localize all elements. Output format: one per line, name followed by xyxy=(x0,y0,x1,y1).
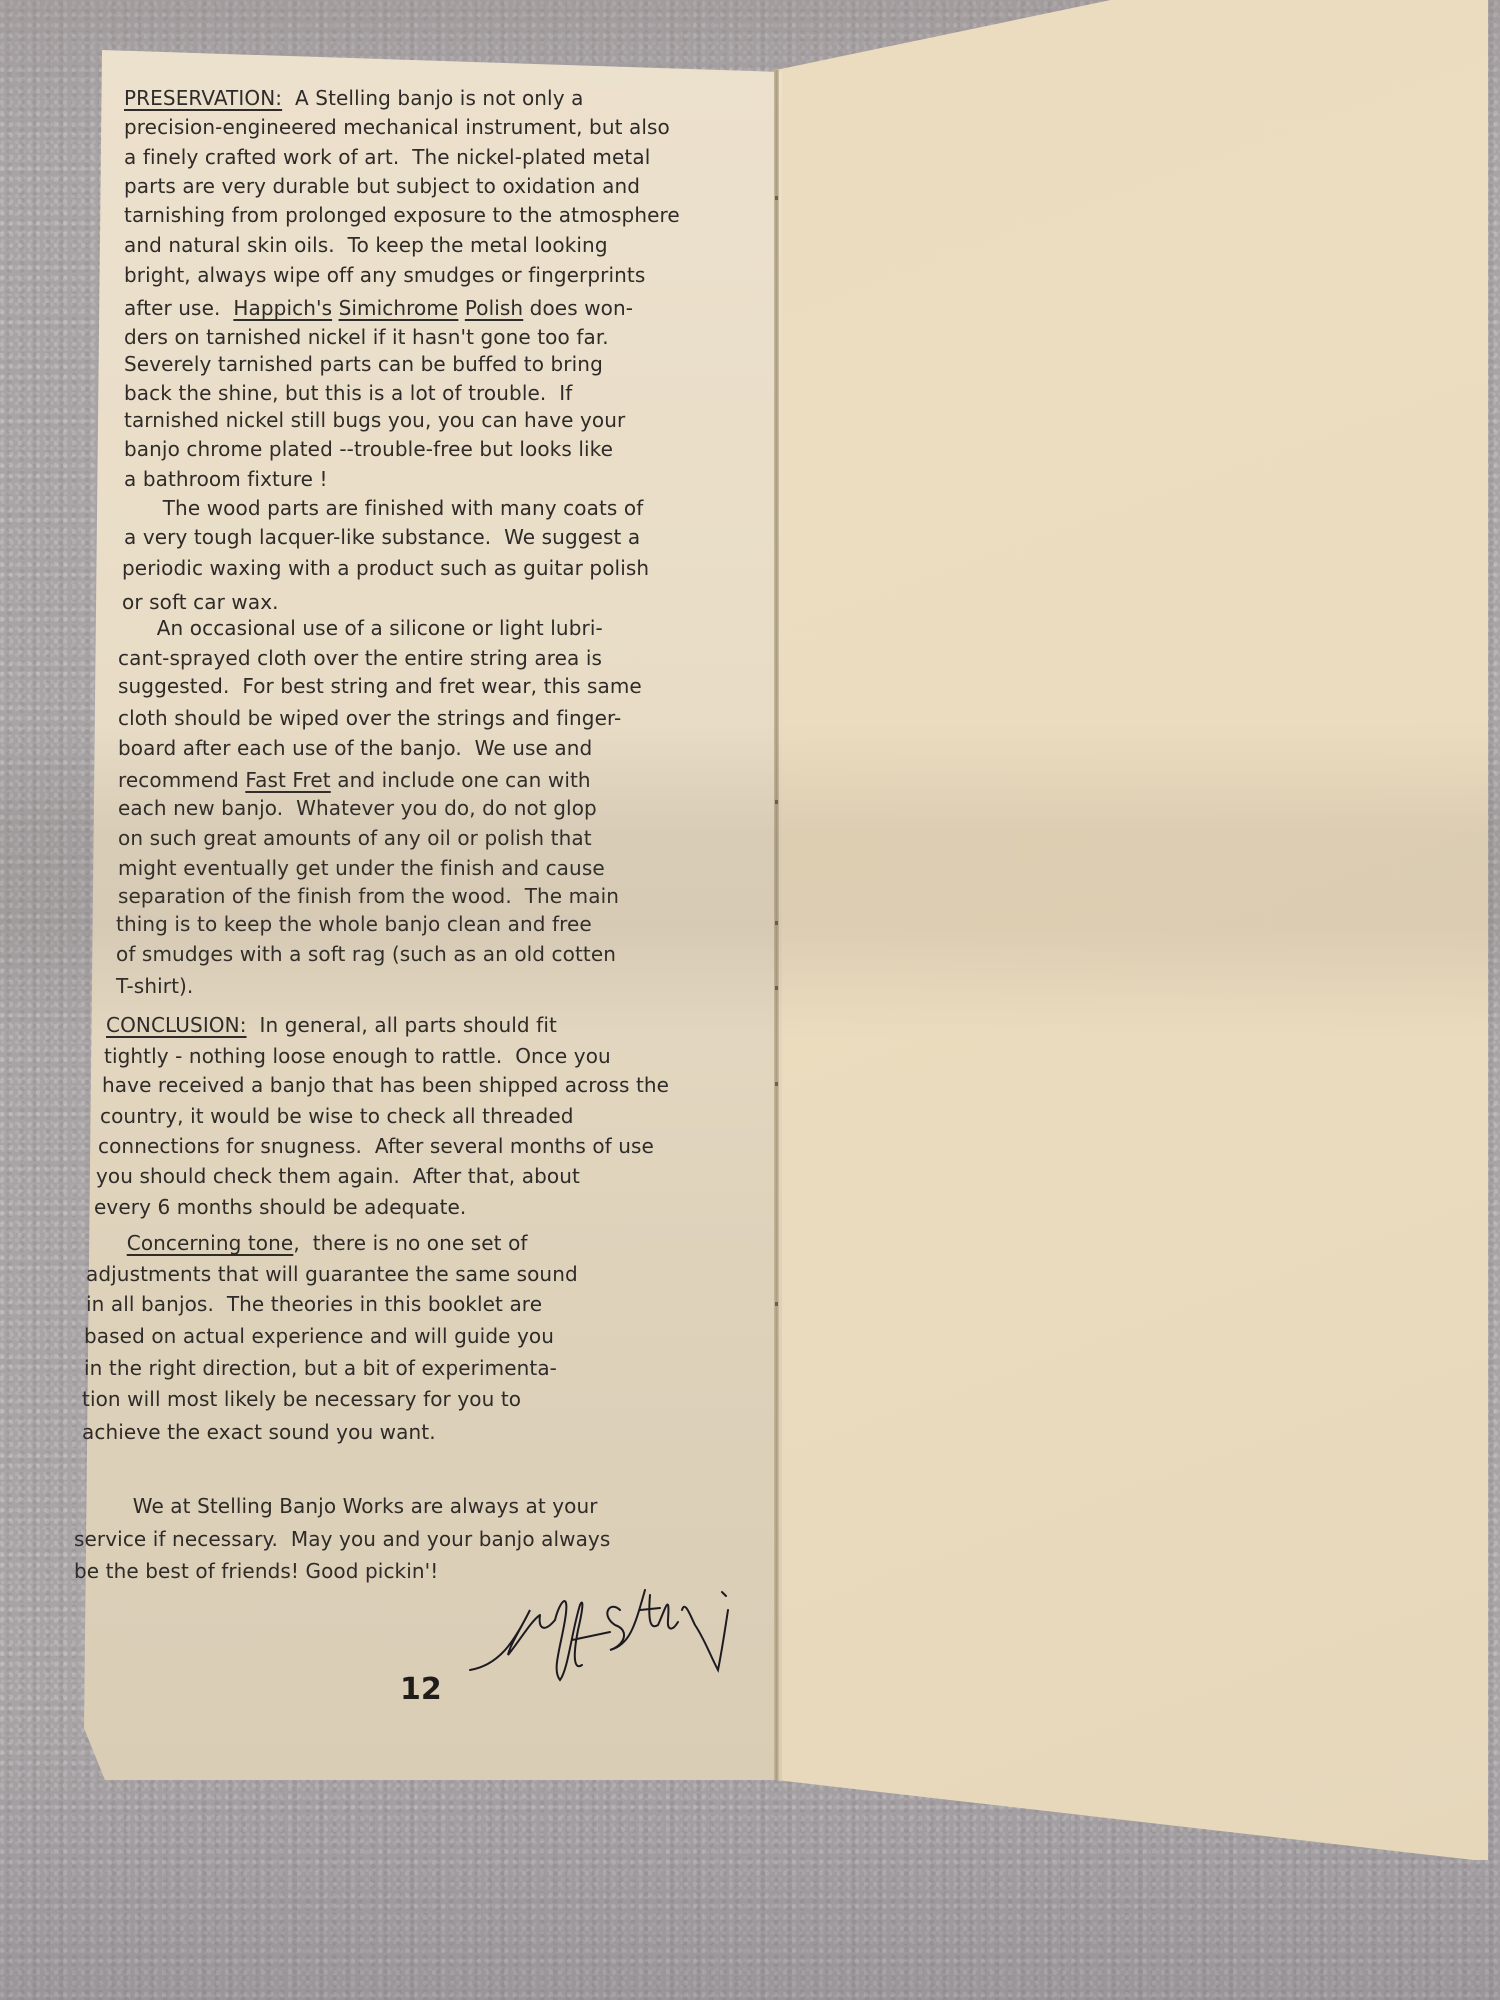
text-line: tarnished nickel still bugs you, you can… xyxy=(124,408,625,432)
text-span: ders on tarnished nickel if it hasn't go… xyxy=(124,325,609,349)
page-number: 12 xyxy=(400,1672,442,1707)
text-line: recommend Fast Fret and include one can … xyxy=(118,768,591,792)
text-line: based on actual experience and will guid… xyxy=(84,1324,554,1348)
text-line: T-shirt). xyxy=(116,974,193,998)
text-line: bright, always wipe off any smudges or f… xyxy=(124,263,645,287)
text-line: in all banjos. The theories in this book… xyxy=(86,1292,542,1316)
text-span: separation of the finish from the wood. … xyxy=(118,884,619,908)
text-line: a bathroom fixture ! xyxy=(124,467,328,491)
text-span: country, it would be wise to check all t… xyxy=(100,1104,574,1128)
text-span: a bathroom fixture ! xyxy=(124,467,328,491)
text-line: of smudges with a soft rag (such as an o… xyxy=(116,942,616,966)
text-span: in the right direction, but a bit of exp… xyxy=(84,1356,557,1380)
text-line: board after each use of the banjo. We us… xyxy=(118,736,592,760)
text-span: tarnishing from prolonged exposure to th… xyxy=(124,203,680,227)
text-line: a finely crafted work of art. The nickel… xyxy=(124,145,650,169)
text-line: ders on tarnished nickel if it hasn't go… xyxy=(124,325,609,349)
text-line: tightly - nothing loose enough to rattle… xyxy=(104,1044,611,1068)
underlined-text: Concerning tone xyxy=(127,1231,294,1255)
text-line: be the best of friends! Good pickin'! xyxy=(74,1559,438,1583)
text-line: connections for snugness. After several … xyxy=(98,1134,654,1158)
text-span: In general, all parts should fit xyxy=(247,1013,557,1037)
text-span: The wood parts are finished with many co… xyxy=(124,496,643,520)
text-line: The wood parts are finished with many co… xyxy=(124,496,643,520)
underlined-text: Simichrome xyxy=(339,296,459,320)
text-span: thing is to keep the whole banjo clean a… xyxy=(116,912,592,936)
text-span: T-shirt). xyxy=(116,974,193,998)
text-line: periodic waxing with a product such as g… xyxy=(122,556,649,580)
text-span: , there is no one set of xyxy=(293,1231,527,1255)
text-span: cloth should be wiped over the strings a… xyxy=(118,706,621,730)
text-span: cant-sprayed cloth over the entire strin… xyxy=(118,646,602,670)
text-span: and natural skin oils. To keep the metal… xyxy=(124,233,608,257)
text-line: precision-engineered mechanical instrume… xyxy=(124,115,670,139)
text-span: bright, always wipe off any smudges or f… xyxy=(124,263,645,287)
text-span: might eventually get under the finish an… xyxy=(118,856,605,880)
text-span: suggested. For best string and fret wear… xyxy=(118,674,642,698)
text-span: tightly - nothing loose enough to rattle… xyxy=(104,1044,611,1068)
text-line: service if necessary. May you and your b… xyxy=(74,1527,610,1551)
text-line: adjustments that will guarantee the same… xyxy=(86,1262,578,1286)
text-line: parts are very durable but subject to ox… xyxy=(124,174,640,198)
text-span: based on actual experience and will guid… xyxy=(84,1324,554,1348)
text-line: you should check them again. After that,… xyxy=(96,1164,580,1188)
text-span: banjo chrome plated --trouble-free but l… xyxy=(124,437,613,461)
staple-mark xyxy=(775,1082,778,1086)
text-line: Concerning tone, there is no one set of xyxy=(88,1231,528,1255)
text-span: An occasional use of a silicone or light… xyxy=(118,616,603,640)
text-line: cant-sprayed cloth over the entire strin… xyxy=(118,646,602,670)
text-span: We at Stelling Banjo Works are always at… xyxy=(94,1494,598,1518)
text-line: suggested. For best string and fret wear… xyxy=(118,674,642,698)
text-line: tion will most likely be necessary for y… xyxy=(82,1387,521,1411)
text-line: might eventually get under the finish an… xyxy=(118,856,605,880)
staple-mark xyxy=(775,196,778,200)
text-span: achieve the exact sound you want. xyxy=(82,1420,436,1444)
staple-mark xyxy=(775,921,778,925)
text-line: back the shine, but this is a lot of tro… xyxy=(124,381,572,405)
text-span: a very tough lacquer-like substance. We … xyxy=(124,525,640,549)
text-line: every 6 months should be adequate. xyxy=(94,1195,466,1219)
staple-mark xyxy=(775,1302,778,1306)
text-line: have received a banjo that has been ship… xyxy=(102,1073,669,1097)
text-line: on such great amounts of any oil or poli… xyxy=(118,826,592,850)
text-span: tarnished nickel still bugs you, you can… xyxy=(124,408,625,432)
text-line: An occasional use of a silicone or light… xyxy=(118,616,603,640)
text-line: CONCLUSION: In general, all parts should… xyxy=(106,1013,557,1037)
text-span: after use. xyxy=(124,296,233,320)
underlined-text: Fast Fret xyxy=(245,768,330,792)
blank-right-page xyxy=(776,0,1488,1860)
text-line: country, it would be wise to check all t… xyxy=(100,1104,574,1128)
text-span: tion will most likely be necessary for y… xyxy=(82,1387,521,1411)
text-line: cloth should be wiped over the strings a… xyxy=(118,706,621,730)
text-line: tarnishing from prolonged exposure to th… xyxy=(124,203,680,227)
text-span: parts are very durable but subject to ox… xyxy=(124,174,640,198)
text-span: service if necessary. May you and your b… xyxy=(74,1527,610,1551)
text-span: A Stelling banjo is not only a xyxy=(282,86,583,110)
text-line: thing is to keep the whole banjo clean a… xyxy=(116,912,592,936)
text-line: and natural skin oils. To keep the metal… xyxy=(124,233,608,257)
text-span: or soft car wax. xyxy=(122,590,279,614)
text-span: does won- xyxy=(523,296,633,320)
text-span: and include one can with xyxy=(331,768,591,792)
text-span: board after each use of the banjo. We us… xyxy=(118,736,592,760)
staple-mark xyxy=(775,800,778,804)
text-line: a very tough lacquer-like substance. We … xyxy=(124,525,640,549)
text-span: recommend xyxy=(118,768,245,792)
text-span: be the best of friends! Good pickin'! xyxy=(74,1559,438,1583)
text-line: banjo chrome plated --trouble-free but l… xyxy=(124,437,613,461)
text-line: PRESERVATION: A Stelling banjo is not on… xyxy=(124,86,583,110)
text-span: in all banjos. The theories in this book… xyxy=(86,1292,542,1316)
text-span: adjustments that will guarantee the same… xyxy=(86,1262,578,1286)
text-span: back the shine, but this is a lot of tro… xyxy=(124,381,572,405)
text-span: on such great amounts of any oil or poli… xyxy=(118,826,592,850)
underlined-text: Polish xyxy=(465,296,523,320)
text-span: every 6 months should be adequate. xyxy=(94,1195,466,1219)
text-line: Severely tarnished parts can be buffed t… xyxy=(124,352,603,376)
text-span xyxy=(88,1231,127,1255)
text-line: achieve the exact sound you want. xyxy=(82,1420,436,1444)
text-line: We at Stelling Banjo Works are always at… xyxy=(94,1494,598,1518)
text-span: connections for snugness. After several … xyxy=(98,1134,654,1158)
text-line: in the right direction, but a bit of exp… xyxy=(84,1356,557,1380)
text-line: separation of the finish from the wood. … xyxy=(118,884,619,908)
text-span: of smudges with a soft rag (such as an o… xyxy=(116,942,616,966)
booklet-spine xyxy=(774,70,779,1780)
text-span: you should check them again. After that,… xyxy=(96,1164,580,1188)
staple-mark xyxy=(775,986,778,990)
text-span: Severely tarnished parts can be buffed t… xyxy=(124,352,603,376)
text-line: each new banjo. Whatever you do, do not … xyxy=(118,796,597,820)
text-span: have received a banjo that has been ship… xyxy=(102,1073,669,1097)
text-line: after use. Happich's Simichrome Polish d… xyxy=(124,296,633,320)
text-span: periodic waxing with a product such as g… xyxy=(122,556,649,580)
text-span: precision-engineered mechanical instrume… xyxy=(124,115,670,139)
underlined-text: CONCLUSION: xyxy=(106,1013,247,1037)
text-span: each new banjo. Whatever you do, do not … xyxy=(118,796,597,820)
underlined-text: Happich's xyxy=(233,296,332,320)
text-line: or soft car wax. xyxy=(122,590,279,614)
underlined-text: PRESERVATION: xyxy=(124,86,282,110)
signature: Geoff Stelling xyxy=(460,1570,760,1714)
text-span: a finely crafted work of art. The nickel… xyxy=(124,145,650,169)
